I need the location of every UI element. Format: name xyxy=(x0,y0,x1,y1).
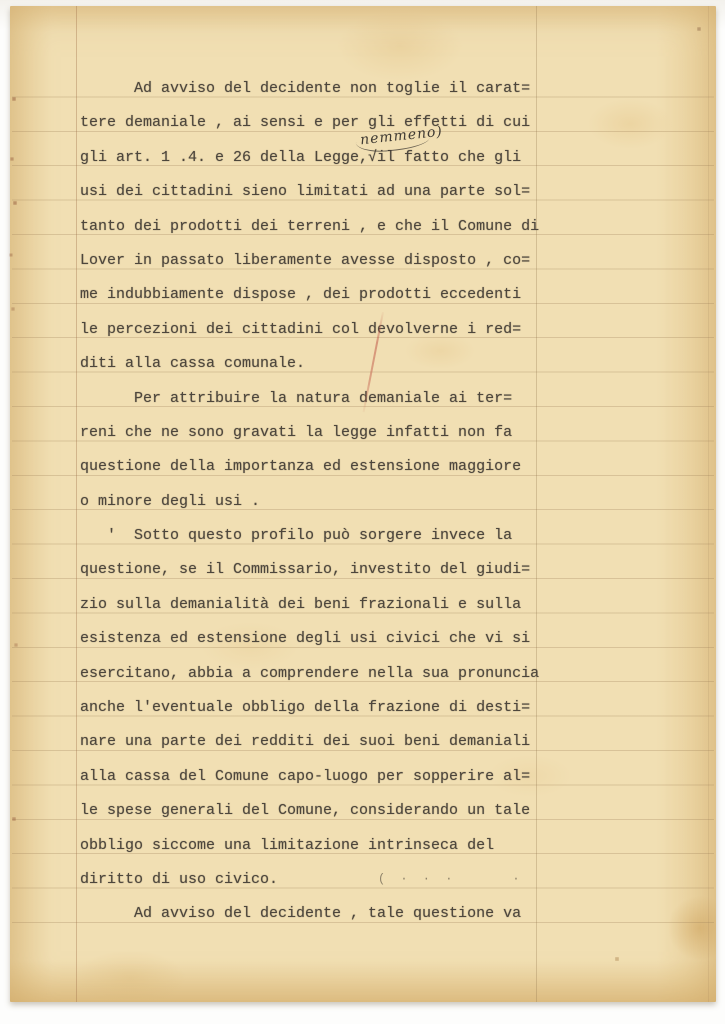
text-line: Lover in passato liberamente avesse disp… xyxy=(80,244,560,278)
text-line: o minore degli usi . xyxy=(80,485,560,519)
text-line: diti alla cassa comunale. xyxy=(80,347,560,381)
text-line: gli art. 1 .4. e 26 della Legge,√il fatt… xyxy=(80,141,560,175)
text-line: obbligo siccome una limitazione intrinse… xyxy=(80,829,560,863)
typed-text: Ad avviso del decidente non toglie il ca… xyxy=(80,72,560,932)
text-line: le percezioni dei cittadini col devolver… xyxy=(80,313,560,347)
text-line: me indubbiamente dispose , dei prodotti … xyxy=(80,278,560,312)
text-line: Ad avviso del decidente non toglie il ca… xyxy=(80,72,560,106)
text-line: anche l'eventuale obbligo della frazione… xyxy=(80,691,560,725)
text-line: reni che ne sono gravati la legge infatt… xyxy=(80,416,560,450)
text-line: tanto dei prodotti dei terreni , e che i… xyxy=(80,210,560,244)
text-line: Per attribuire la natura demaniale ai te… xyxy=(80,382,560,416)
text-line: Ad avviso del decidente , tale questione… xyxy=(80,897,560,931)
text-line: le spese generali del Comune, consideran… xyxy=(80,794,560,828)
text-line: nare una parte dei redditi dei suoi beni… xyxy=(80,725,560,759)
margin-specks xyxy=(10,6,12,8)
left-margin-rule xyxy=(76,6,77,1002)
document-page: Ad avviso del decidente non toglie il ca… xyxy=(10,6,716,1002)
text-line: questione, se il Commissario, investito … xyxy=(80,553,560,587)
text-line: esistenza ed estensione degli usi civici… xyxy=(80,622,560,656)
text-line: questione della importanza ed estensione… xyxy=(80,450,560,484)
text-line: alla cassa del Comune capo-luogo per sop… xyxy=(80,760,560,794)
text-line: usi dei cittadini sieno limitati ad una … xyxy=(80,175,560,209)
ink-dots: ( · · · · xyxy=(378,872,524,886)
text-line: esercitano, abbia a comprendere nella su… xyxy=(80,657,560,691)
text-line: zio sulla demanialità dei beni frazional… xyxy=(80,588,560,622)
text-line: tere demaniale , ai sensi e per gli effe… xyxy=(80,106,560,140)
text-line: ' Sotto questo profilo può sorgere invec… xyxy=(80,519,560,553)
photo-background: Ad avviso del decidente non toglie il ca… xyxy=(0,0,725,1024)
right-edge-rule xyxy=(708,6,709,1002)
